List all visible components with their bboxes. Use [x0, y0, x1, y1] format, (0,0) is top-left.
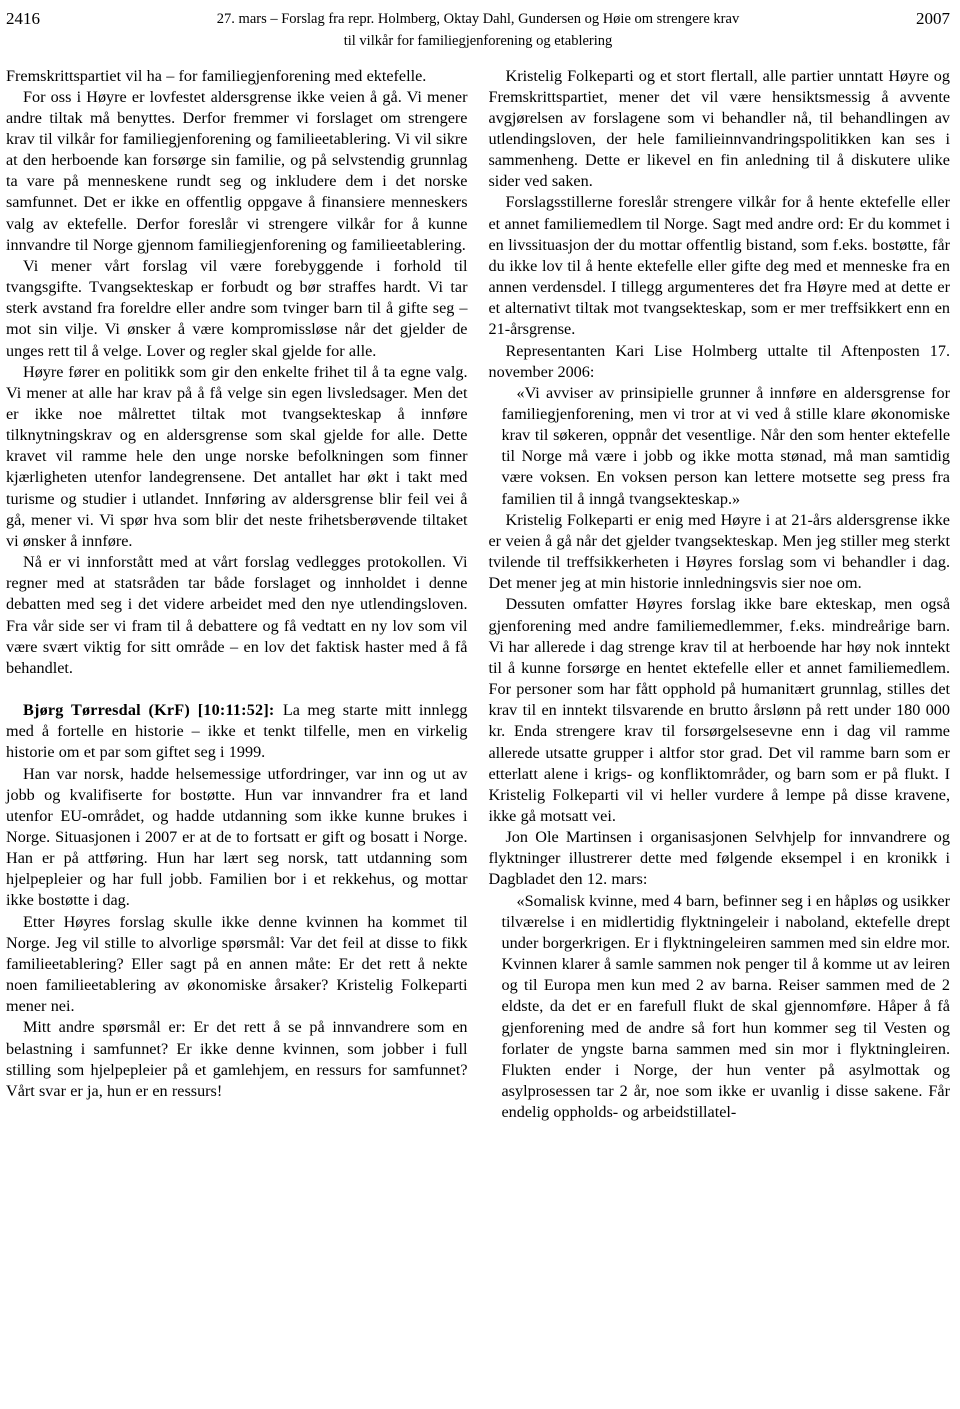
text-columns: Fremskrittspartiet vil ha – for familieg…: [6, 66, 950, 1124]
paragraph: Representanten Kari Lise Holmberg uttalt…: [489, 341, 951, 383]
page-header: 2416 27. mars – Forslag fra repr. Holmbe…: [6, 8, 950, 53]
paragraph: Dessuten omfatter Høyres forslag ikke ba…: [489, 594, 951, 827]
paragraph: Vi mener vårt forslag vil være forebygge…: [6, 256, 468, 362]
paragraph: Jon Ole Martinsen i organisasjonen Selvh…: [489, 827, 951, 890]
page-title-line2: til vilkår for familiegjenforening og et…: [78, 31, 878, 53]
quote-paragraph: «Somalisk kvinne, med 4 barn, befinner s…: [502, 891, 951, 1124]
page-title-line1: 27. mars – Forslag fra repr. Holmberg, O…: [78, 9, 878, 31]
paragraph: Nå er vi innforstått med at vårt forslag…: [6, 552, 468, 679]
left-column: Fremskrittspartiet vil ha – for familieg…: [6, 66, 468, 1124]
right-column: Kristelig Folkeparti og et stort flertal…: [489, 66, 951, 1124]
paragraph: Kristelig Folkeparti og et stort flertal…: [489, 66, 951, 193]
speaker-name: Bjørg Tørresdal (KrF) [10:11:52]:: [23, 701, 283, 719]
quote-paragraph: «Vi avviser av prinsipielle grunner å in…: [502, 383, 951, 510]
speaker-paragraph: Bjørg Tørresdal (KrF) [10:11:52]:La meg …: [6, 700, 468, 763]
paragraph: Etter Høyres forslag skulle ikke denne k…: [6, 912, 468, 1018]
paragraph: Kristelig Folkeparti er enig med Høyre i…: [489, 510, 951, 595]
paragraph: Forslagsstillerne foreslår strengere vil…: [489, 192, 951, 340]
proceedings-page: 2416 27. mars – Forslag fra repr. Holmbe…: [0, 0, 960, 1409]
paragraph: Mitt andre spørsmål er: Er det rett å se…: [6, 1017, 468, 1102]
paragraph: Høyre fører en politikk som gir den enke…: [6, 362, 468, 552]
page-title: 27. mars – Forslag fra repr. Holmberg, O…: [78, 8, 878, 53]
page-number: 2416: [6, 8, 78, 29]
year-number: 2007: [878, 8, 950, 29]
paragraph: For oss i Høyre er lovfestet aldersgrens…: [6, 87, 468, 256]
paragraph: Fremskrittspartiet vil ha – for familieg…: [6, 66, 468, 87]
paragraph: Han var norsk, hadde helsemessige utford…: [6, 764, 468, 912]
